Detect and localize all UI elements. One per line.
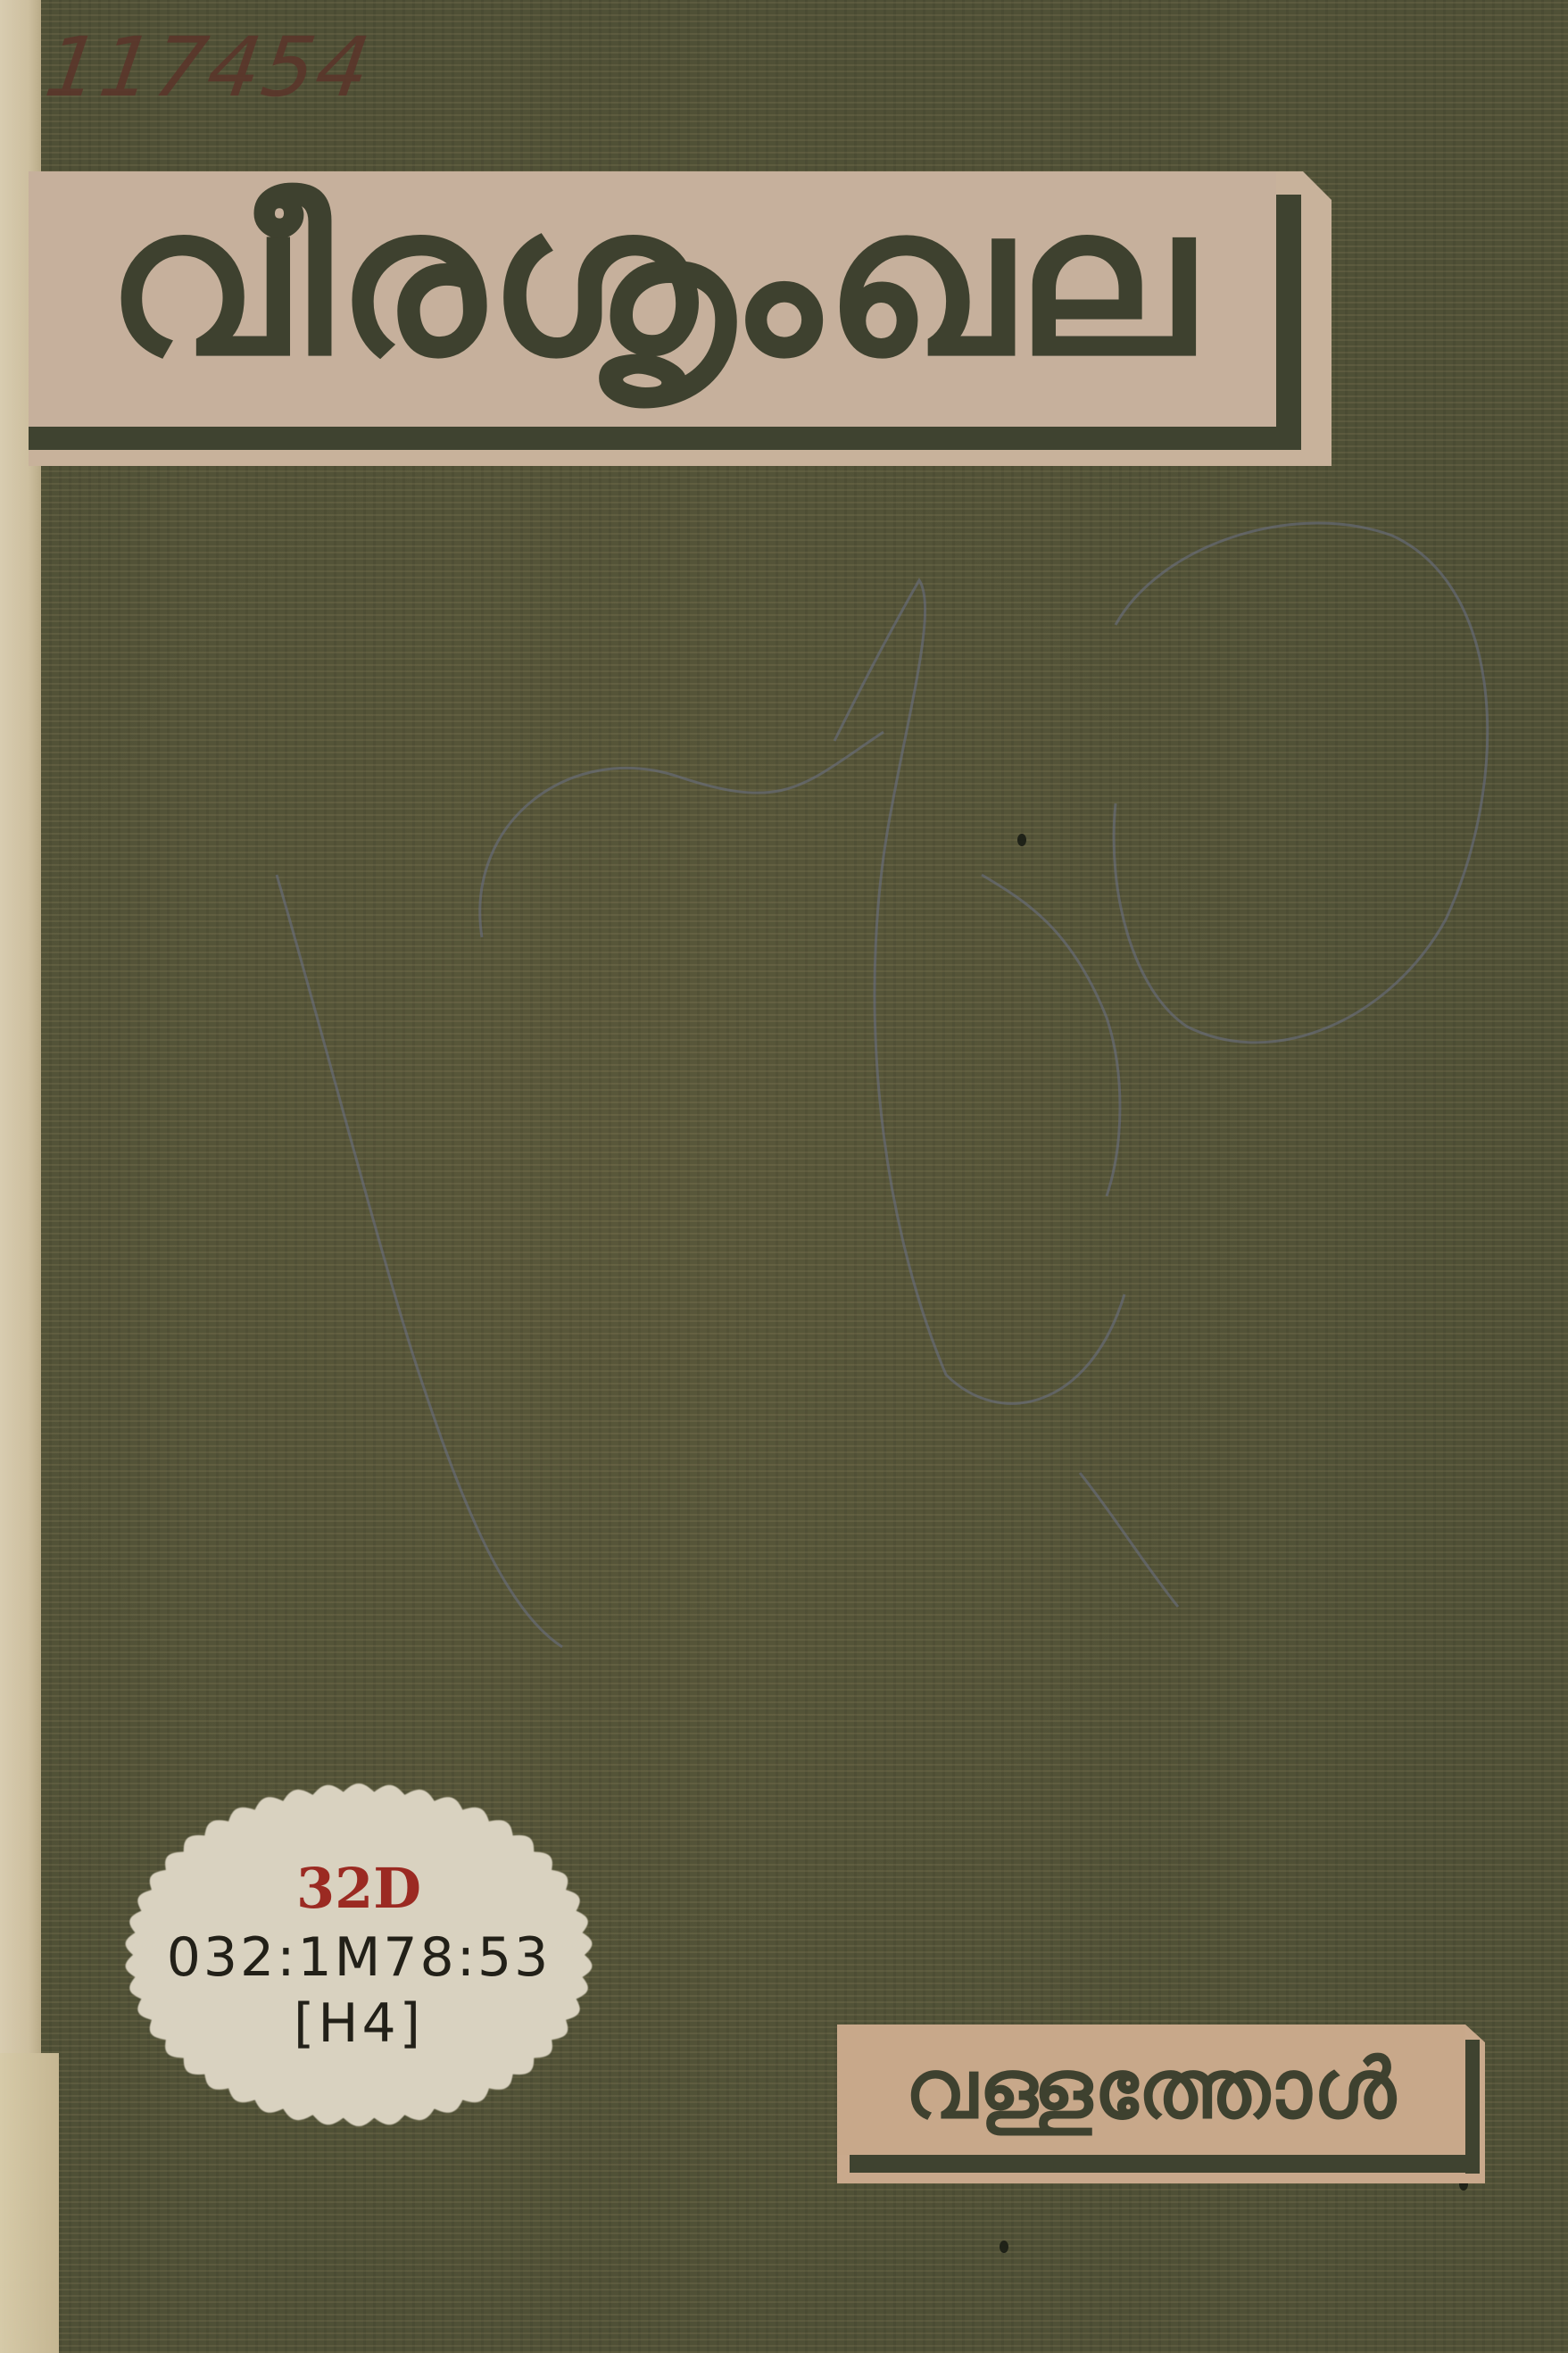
label-class-code: 32D <box>296 1856 421 1921</box>
author-name: വള്ളത്തോൾ <box>905 2049 1397 2131</box>
author-plaque-shadow-bottom <box>850 2155 1480 2173</box>
title-plaque-shadow-right <box>1276 195 1301 446</box>
author-plaque: വള്ളത്തോൾ <box>837 2025 1465 2155</box>
title-plaque-shadow-bottom <box>29 427 1301 450</box>
ink-speck <box>1017 834 1026 846</box>
title-plaque: വീരശൃംഖല <box>29 171 1276 427</box>
ink-speck <box>1000 2241 1008 2253</box>
label-call-number: 032:1M78:53 <box>167 1926 552 1989</box>
accession-number: 117454 <box>39 20 377 115</box>
book-title: വീരശൃംഖല <box>106 179 1198 384</box>
spine-edge-bottom <box>0 2053 59 2353</box>
author-plaque-shadow-right <box>1465 2040 1480 2174</box>
label-shelf-mark: [H4] <box>294 1992 424 2055</box>
library-label: 32D 032:1M78:53 [H4] <box>118 1776 600 2133</box>
